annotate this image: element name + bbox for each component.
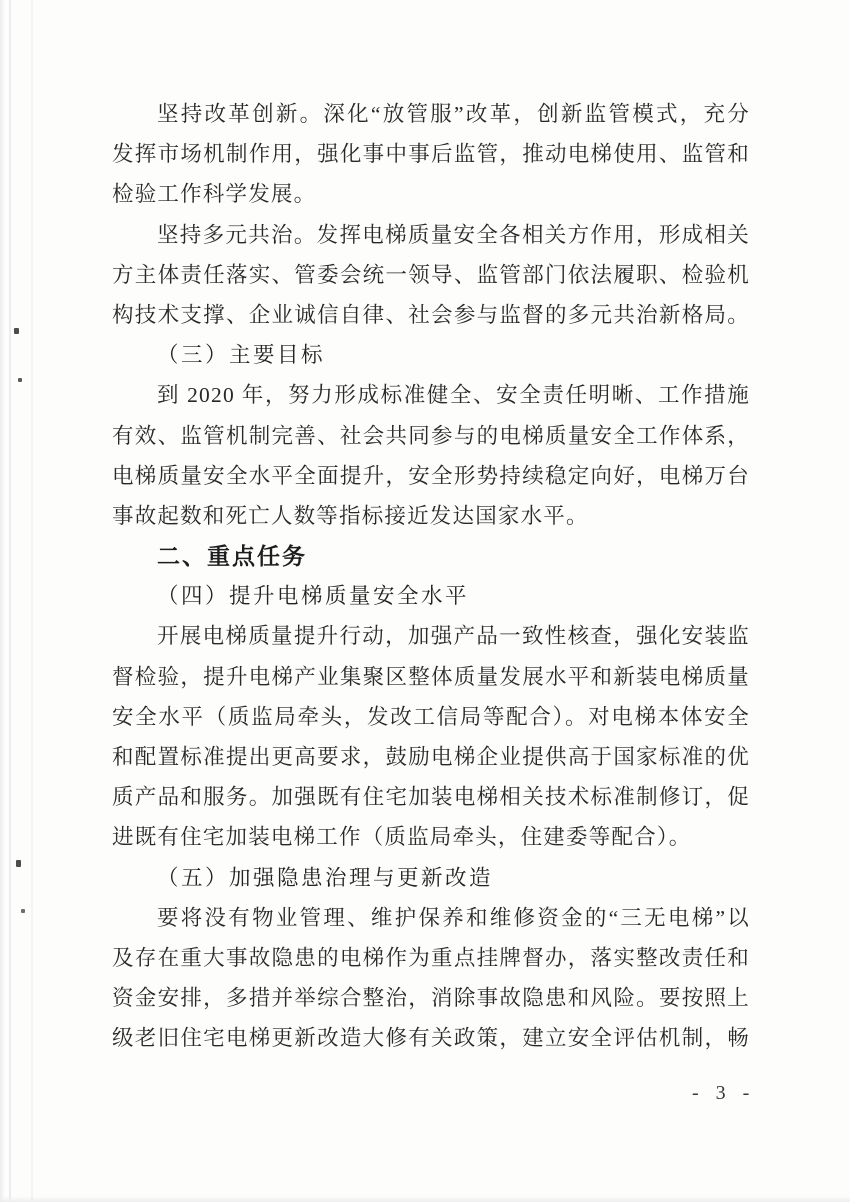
scan-speck [21, 909, 25, 913]
paragraph-line: 发挥市场机制作用，强化事中事后监管，推动电梯使用、监管和 [112, 134, 750, 174]
page-number: - 3 - [692, 1082, 752, 1105]
scan-speck [18, 378, 22, 382]
scan-speck [16, 860, 21, 867]
scan-speck [14, 328, 19, 334]
heading-chapter-2: 二、重点任务 [112, 536, 750, 576]
paragraph-line: 到 2020 年，努力形成标准健全、安全责任明晰、工作措施 [112, 375, 750, 415]
paragraph-line: 构技术支撑、企业诚信自律、社会参与监督的多元共治新格局。 [112, 295, 750, 335]
paragraph-line: 电梯质量安全水平全面提升，安全形势持续稳定向好，电梯万台 [112, 456, 750, 496]
paragraph-line: 质产品和服务。加强既有住宅加装电梯相关技术标准制修订，促 [112, 777, 750, 817]
scan-line-artifact [9, 0, 11, 1202]
scanned-document-page: 坚持改革创新。深化“放管服”改革，创新监管模式，充分 发挥市场机制作用，强化事中… [0, 0, 850, 1202]
paragraph-line: 要将没有物业管理、维护保养和维修资金的“三无电梯”以 [112, 898, 750, 938]
scan-edge-shade [0, 0, 4, 1202]
paragraph-line: 方主体责任落实、管委会统一领导、监管部门依法履职、检验机 [112, 255, 750, 295]
heading-section-4: （四）提升电梯质量安全水平 [112, 576, 750, 616]
paragraph-line: 级老旧住宅电梯更新改造大修有关政策，建立安全评估机制，畅 [112, 1018, 750, 1058]
paragraph-line: 坚持多元共治。发挥电梯质量安全各相关方作用，形成相关 [112, 215, 750, 255]
heading-section-5: （五）加强隐患治理与更新改造 [112, 858, 750, 898]
heading-section-3: （三）主要目标 [112, 335, 750, 375]
paragraph-line: 安全水平（质监局牵头，发改工信局等配合）。对电梯本体安全 [112, 697, 750, 737]
paragraph-line: 事故起数和死亡人数等指标接近发达国家水平。 [112, 496, 750, 536]
scan-line-artifact [31, 0, 33, 1202]
paragraph-line: 督检验，提升电梯产业集聚区整体质量发展水平和新装电梯质量 [112, 657, 750, 697]
paragraph-line: 资金安排，多措并举综合整治，消除事故隐患和风险。要按照上 [112, 978, 750, 1018]
paragraph-line: 坚持改革创新。深化“放管服”改革，创新监管模式，充分 [112, 94, 750, 134]
paragraph-line: 开展电梯质量提升行动，加强产品一致性核查，强化安装监 [112, 616, 750, 656]
document-body: 坚持改革创新。深化“放管服”改革，创新监管模式，充分 发挥市场机制作用，强化事中… [112, 94, 750, 1059]
paragraph-line: 有效、监管机制完善、社会共同参与的电梯质量安全工作体系， [112, 416, 750, 456]
paragraph-line: 及存在重大事故隐患的电梯作为重点挂牌督办，落实整改责任和 [112, 938, 750, 978]
paragraph-line: 检验工作科学发展。 [112, 174, 750, 214]
paragraph-line: 和配置标准提出更高要求，鼓励电梯企业提供高于国家标准的优 [112, 737, 750, 777]
scan-edge-shade [0, 1196, 850, 1202]
paragraph-line: 进既有住宅加装电梯工作（质监局牵头，住建委等配合）。 [112, 817, 750, 857]
